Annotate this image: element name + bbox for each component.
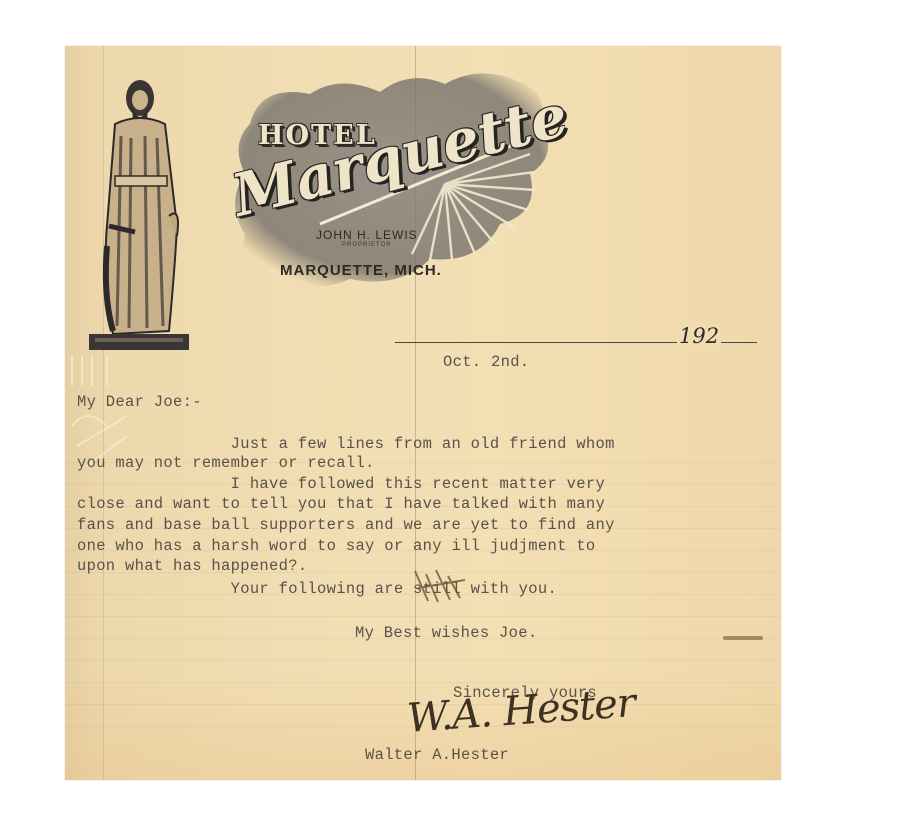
body-line: one who has a harsh word to say or any i… [77, 537, 595, 555]
body-line: Your following are still with you. [77, 580, 557, 598]
hotel-letterhead: HOTEL Marquette JOHN H. LEWIS PROPRIETOR… [230, 64, 560, 294]
ink-scribble-mark [410, 566, 480, 606]
printed-year: 192 [677, 324, 721, 348]
salutation: My Dear Joe:- [77, 393, 202, 411]
body-line: you may not remember or recall. [77, 454, 375, 472]
closing-wish: My Best wishes Joe. [355, 624, 537, 642]
proprietor-name: JOHN H. LEWIS [316, 228, 418, 242]
body-line: fans and base ball supporters and we are… [77, 516, 615, 534]
marquette-statue-illustration [85, 76, 195, 361]
ink-smudge [723, 636, 763, 640]
body-line: close and want to tell you that I have t… [77, 495, 605, 513]
hotel-city: MARQUETTE, MICH. [280, 262, 442, 279]
letter-page: HOTEL Marquette JOHN H. LEWIS PROPRIETOR… [65, 46, 781, 780]
body-line: Just a few lines from an old friend whom [77, 435, 615, 453]
body-line: I have followed this recent matter very [77, 475, 605, 493]
proprietor-title: PROPRIETOR [342, 242, 392, 248]
typed-signer-name: Walter A.Hester [365, 746, 509, 764]
body-line: upon what has happened?. [77, 557, 307, 575]
typed-date: Oct. 2nd. [443, 353, 529, 371]
